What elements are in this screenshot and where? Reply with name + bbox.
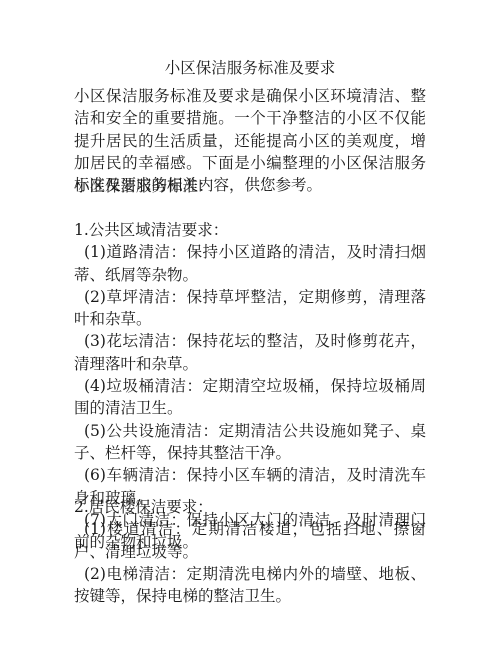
list-item: (2)电梯清洁：定期清洗电梯内外的墙壁、地板、按键等，保持电梯的整洁卫生。	[74, 563, 426, 608]
list-item: (3)花坛清洁：保持花坛的整洁，及时修剪花卉，清理落叶和杂草。	[74, 330, 426, 375]
section2: 2.居民楼保洁要求： (1)楼道清洁：定期清洁楼道，包括扫地、擦窗户、清理垃圾等…	[74, 496, 426, 607]
list-item: (1)楼道清洁：定期清洁楼道，包括扫地、擦窗户、清理垃圾等。	[74, 518, 426, 563]
document-title: 小区保洁服务标准及要求	[74, 57, 426, 79]
section2-heading: 2.居民楼保洁要求：	[74, 496, 426, 518]
section1-heading: 1.公共区域清洁要求：	[74, 219, 426, 241]
list-item: (1)道路清洁：保持小区道路的清洁，及时清扫烟蒂、纸屑等杂物。	[74, 241, 426, 286]
list-item: (2)草坪清洁：保持草坪整洁，定期修剪，清理落叶和杂草。	[74, 286, 426, 331]
list-item: (4)垃圾桶清洁：定期清空垃圾桶，保持垃圾桶周围的清洁卫生。	[74, 375, 426, 420]
list-item: (5)公共设施清洁：定期清洁公共设施如凳子、桌子、栏杆等，保持其整洁干净。	[74, 420, 426, 465]
standards-heading: 小区保洁服务标准：	[74, 175, 426, 197]
